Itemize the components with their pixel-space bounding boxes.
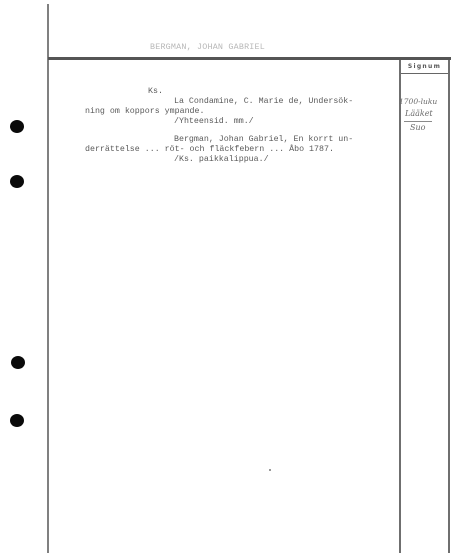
punch-hole xyxy=(11,356,25,369)
paper-speck xyxy=(269,469,271,471)
handwritten-annotation: Suo xyxy=(410,123,425,132)
entry-line: La Condamine, C. Marie de, Undersök- xyxy=(174,97,353,107)
signum-header: Signum xyxy=(401,61,448,73)
punch-hole xyxy=(10,175,24,188)
signum-column-left-rule xyxy=(399,60,401,553)
entry-note-line: /Yhteensid. mm./ xyxy=(174,117,254,127)
top-heading-rule xyxy=(48,57,451,60)
signum-header-rule xyxy=(401,73,448,74)
entry-continuation-line: derrättelse ... röt- och fläckfebern ...… xyxy=(85,145,334,155)
entry-line: Bergman, Johan Gabriel, En korrt un- xyxy=(174,135,353,145)
punch-hole xyxy=(10,414,24,427)
card-heading: BERGMAN, JOHAN GABRIEL xyxy=(150,42,265,52)
signum-column-right-rule xyxy=(448,60,450,553)
entry-continuation-line: ning om koppors ympande. xyxy=(85,107,205,117)
handwritten-underline xyxy=(404,121,432,122)
left-margin-rule xyxy=(47,4,49,553)
punch-hole xyxy=(10,120,24,133)
handwritten-annotation: Lääket xyxy=(405,109,433,118)
entry-note-line: /Ks. paikkalippua./ xyxy=(174,155,269,165)
handwritten-annotation: 1700-luku xyxy=(399,97,437,106)
cross-reference-label: Ks. xyxy=(148,87,163,97)
catalog-card: BERGMAN, JOHAN GABRIEL Signum Ks. La Con… xyxy=(0,0,469,555)
